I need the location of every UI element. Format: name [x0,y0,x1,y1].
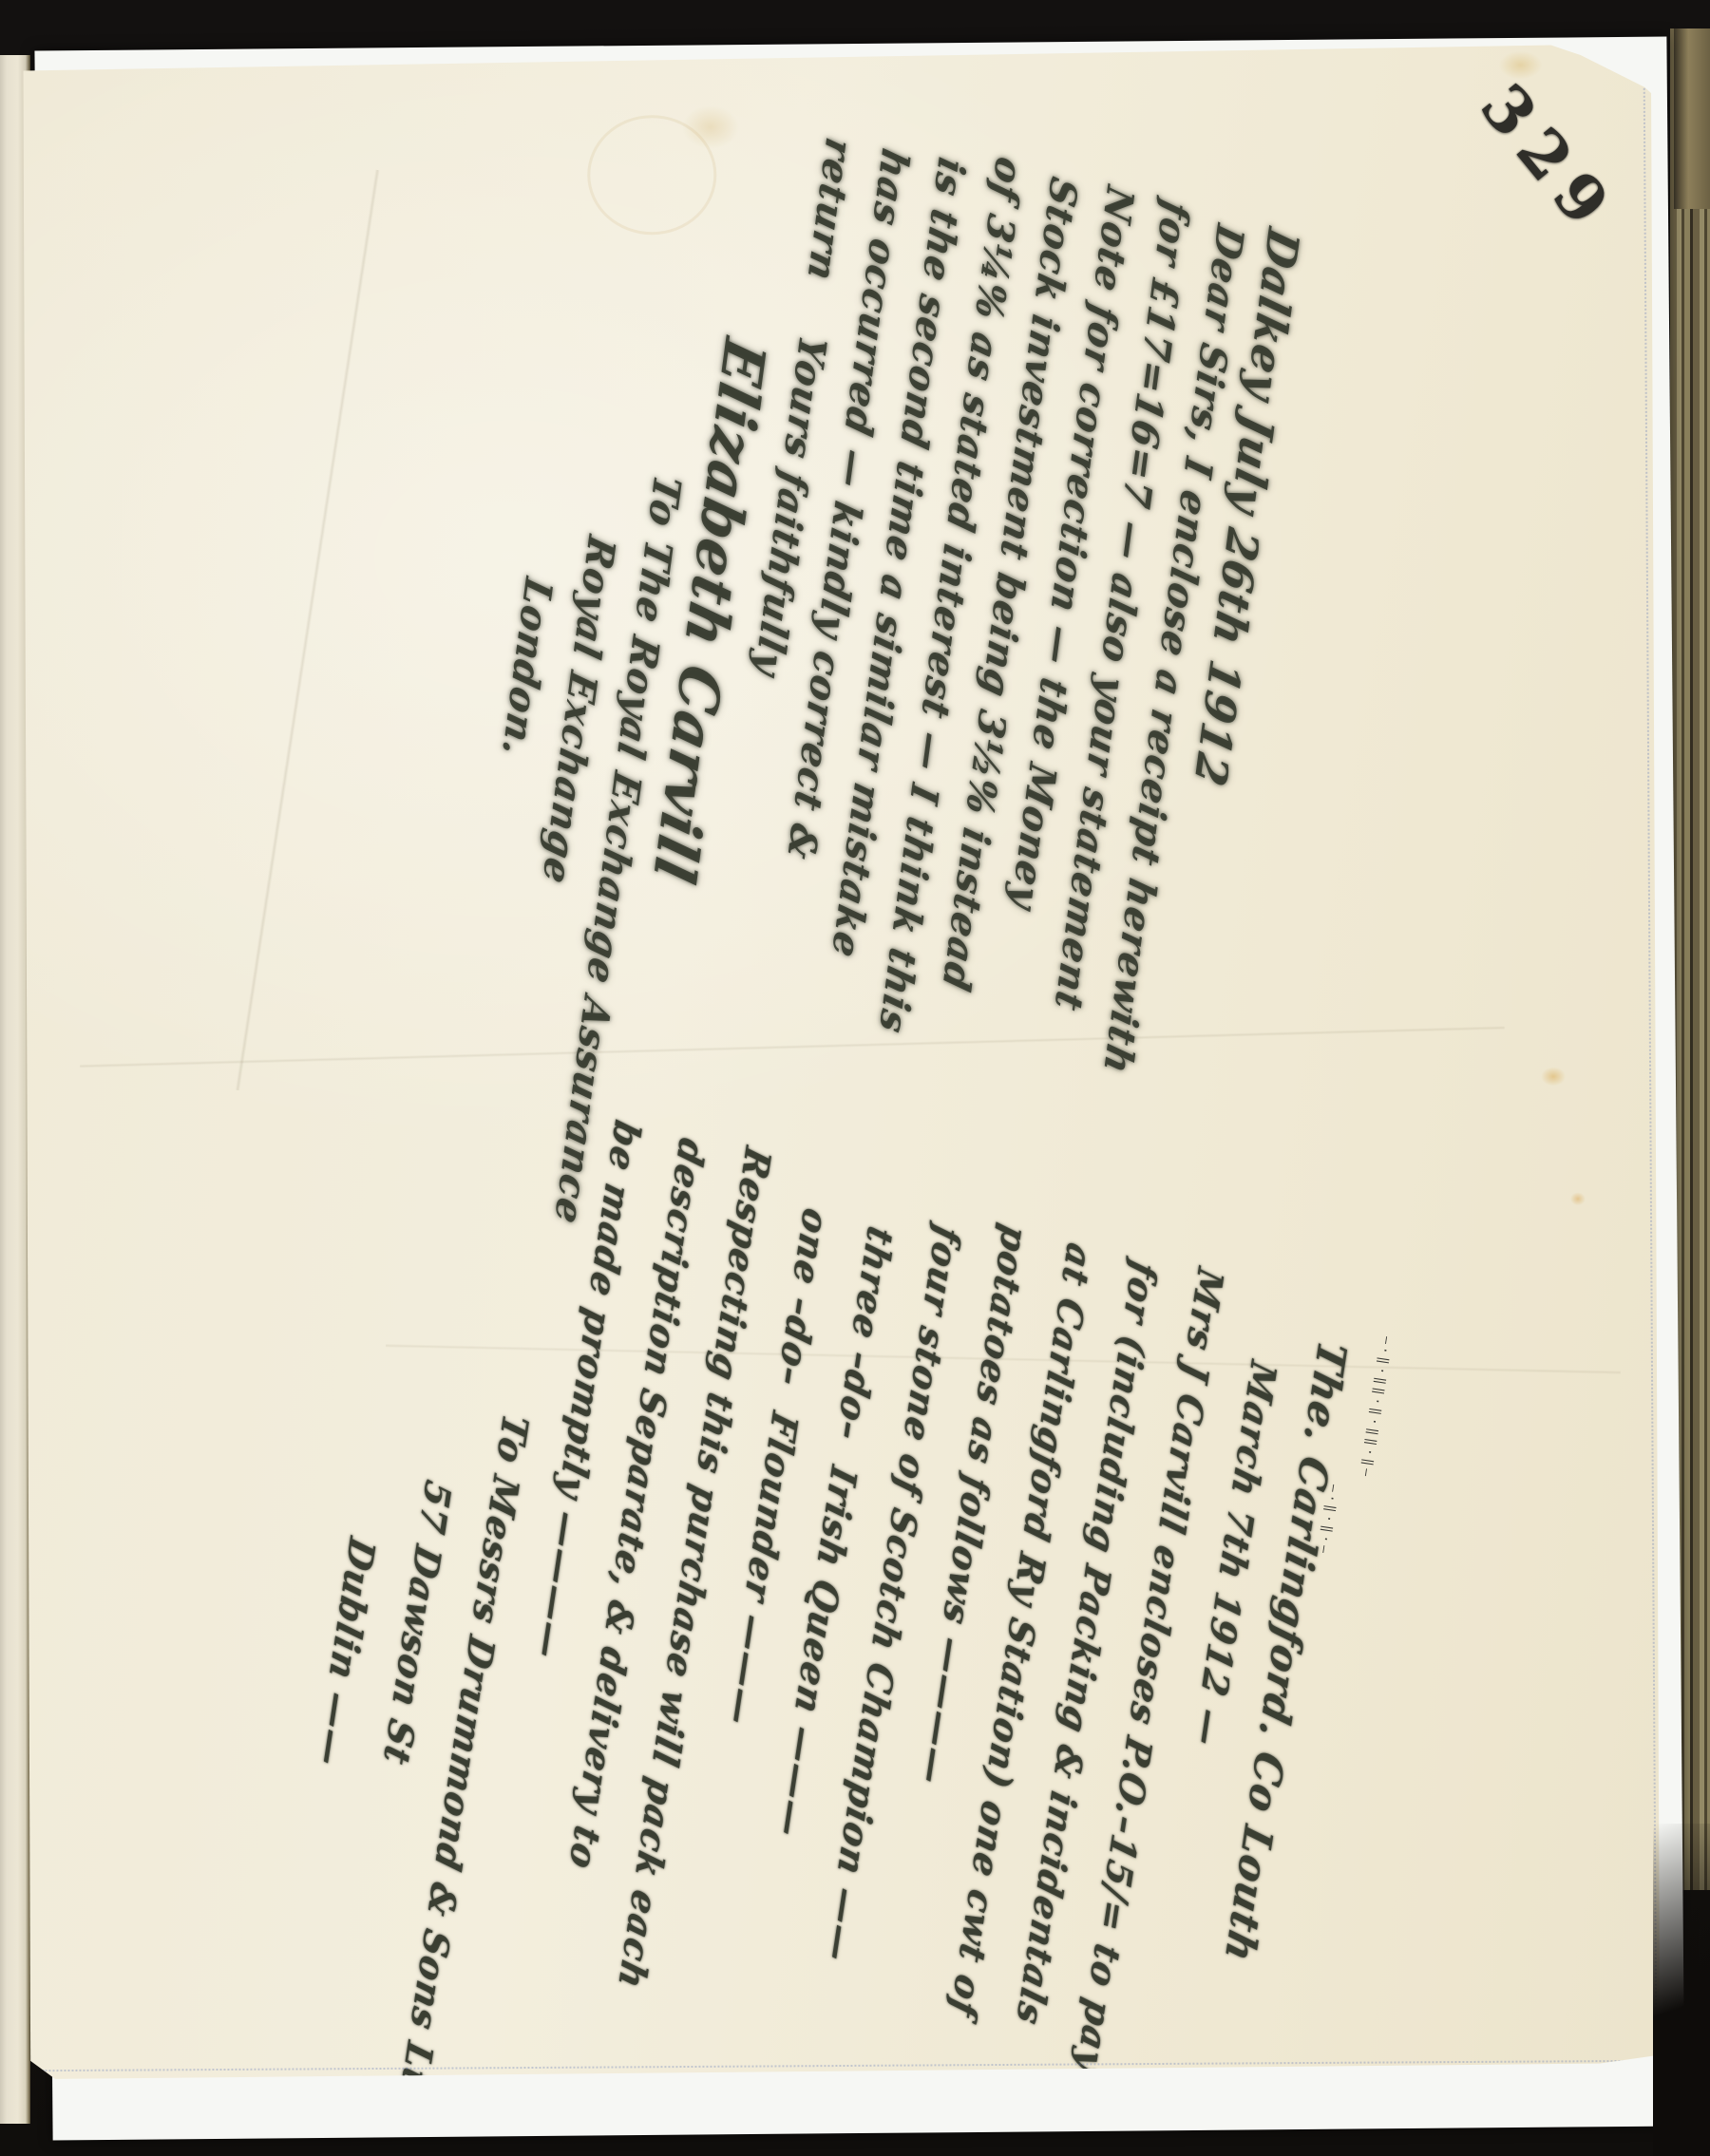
paper-stain [1570,1192,1586,1205]
paper-stain [1541,1067,1566,1086]
paper-crease [80,1026,1505,1069]
dalkey-letter: Dalkey July 26th 1912 Dear Sirs, I enclo… [434,87,1312,1030]
carlingford-letter: The. Carlingford. Co Louth March 7th 191… [247,1099,1366,2076]
shadow-corner [1653,1824,1710,2156]
book-fore-edge-top [1674,28,1710,209]
paper-crease [236,170,380,1091]
page-number-stamp: 329 [1466,70,1667,293]
letter-page: 329 Dalkey July 26th 1912 Dear Sirs, I e… [16,43,1664,2081]
scanned-letterbook-photo: 329 Dalkey July 26th 1912 Dear Sirs, I e… [0,0,1710,2156]
